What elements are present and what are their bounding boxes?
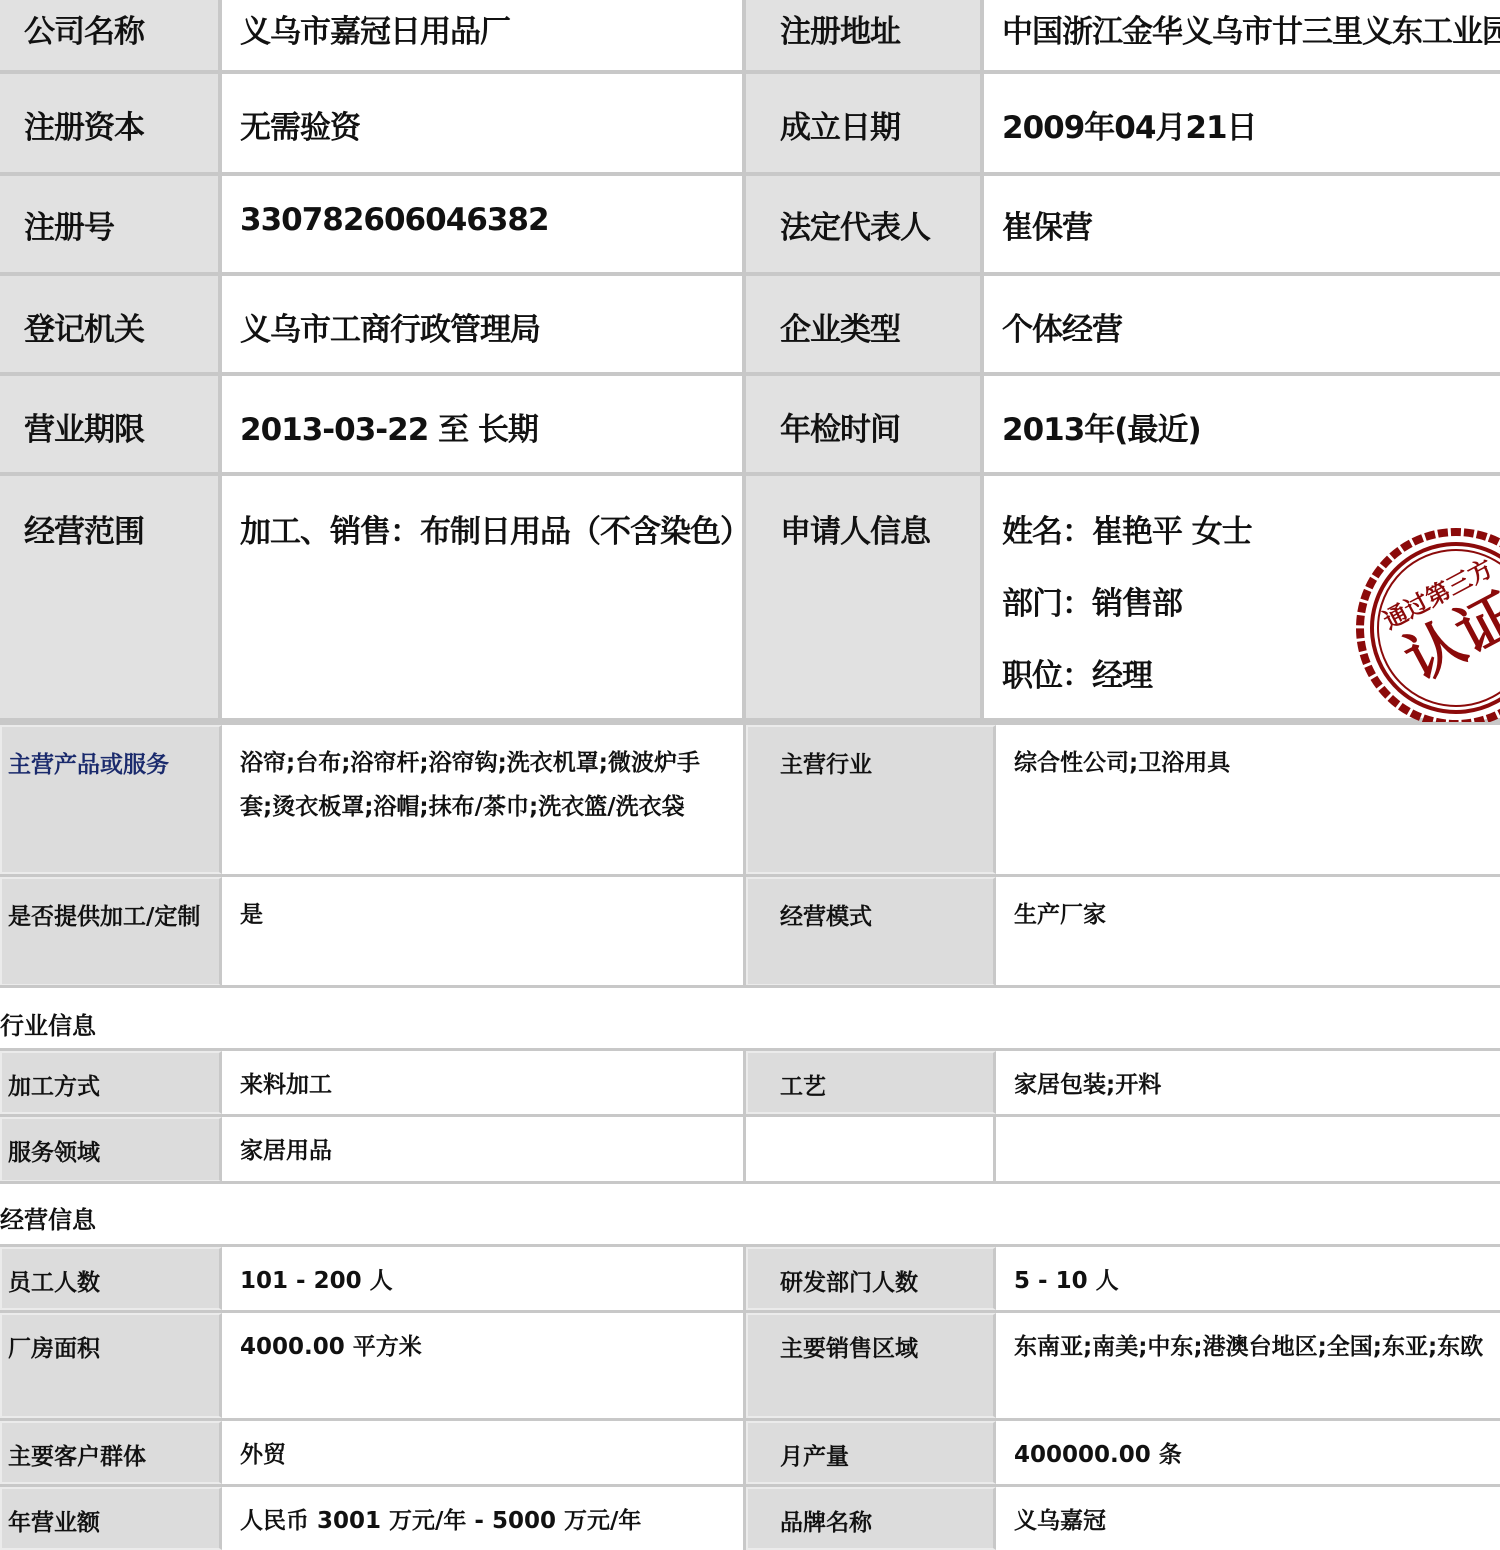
field-value: 外贸 xyxy=(222,1421,746,1484)
field-value: 400000.00 条 xyxy=(996,1421,1500,1484)
field-value: 个体经营 xyxy=(984,276,1500,372)
field-label: 加工方式 xyxy=(0,1051,222,1114)
field-label: 法定代表人 xyxy=(746,176,984,272)
rd-staff-label: 研发部门人数 xyxy=(780,1261,979,1305)
table-row: 经营范围 加工、销售：布制日用品（不含染色） 申请人信息 姓名：崔艳平 女士 部… xyxy=(0,476,1500,722)
field-value: 浴帘;台布;浴帘杆;浴帘钩;洗衣机罩;微波炉手套;烫衣板罩;浴帽;抹布/茶巾;洗… xyxy=(222,725,746,874)
sales-region-value: 东南亚;南美;中东;港澳台地区;全国;东亚;东欧 xyxy=(1014,1325,1486,1369)
empty-cell xyxy=(996,1117,1500,1182)
table-row: 加工方式 来料加工 工艺 家居包装;开料 xyxy=(0,1048,1500,1114)
field-label: 年营业额 xyxy=(0,1487,222,1550)
field-label: 公司名称 xyxy=(0,0,222,70)
main-industry-label: 主营行业 xyxy=(780,743,979,787)
field-value: 义乌市工商行政管理局 xyxy=(222,276,746,372)
founded-date-value: 2009年04月21日 xyxy=(1002,102,1257,147)
field-value: 2013年(最近) xyxy=(984,376,1500,472)
field-label: 注册资本 xyxy=(0,74,222,172)
company-type-label: 企业类型 xyxy=(780,304,900,349)
field-label: 登记机关 xyxy=(0,276,222,372)
field-label: 服务领域 xyxy=(0,1117,222,1182)
field-value: 家居用品 xyxy=(222,1117,746,1182)
annual-revenue-value: 人民币 3001 万元/年 - 5000 万元/年 xyxy=(240,1499,729,1543)
table-row: 厂房面积 4000.00 平方米 主要销售区域 东南亚;南美;中东;港澳台地区;… xyxy=(0,1310,1500,1418)
main-products-value: 浴帘;台布;浴帘杆;浴帘钩;洗衣机罩;微波炉手套;烫衣板罩;浴帽;抹布/茶巾;洗… xyxy=(240,741,729,829)
field-label: 主营行业 xyxy=(746,725,996,874)
reg-number-value: 330782606046382 xyxy=(240,202,549,238)
reg-capital-value: 无需验资 xyxy=(240,102,360,147)
table-row: 公司名称 义乌市嘉冠日用品厂 注册地址 中国浙江金华义乌市廿三里义东工业园区 xyxy=(0,0,1500,74)
processing-method-label: 加工方式 xyxy=(8,1065,205,1109)
field-value: 2013-03-22 至 长期 xyxy=(222,376,746,472)
field-value: 101 - 200 人 xyxy=(222,1247,746,1310)
business-term-value: 2013-03-22 至 长期 xyxy=(240,404,538,449)
section-title-business: 经营信息 xyxy=(0,1200,96,1235)
processing-method-value: 来料加工 xyxy=(240,1063,729,1107)
field-value: 人民币 3001 万元/年 - 5000 万元/年 xyxy=(222,1487,746,1550)
field-value: 无需验资 xyxy=(222,74,746,172)
field-label: 企业类型 xyxy=(746,276,984,372)
annual-check-value: 2013年(最近) xyxy=(1002,404,1201,449)
reg-number-label: 注册号 xyxy=(24,202,114,247)
table-row: 主要客户群体 外贸 月产量 400000.00 条 xyxy=(0,1418,1500,1484)
field-label: 月产量 xyxy=(746,1421,996,1484)
factory-area-value: 4000.00 平方米 xyxy=(240,1325,729,1369)
field-label: 主要销售区域 xyxy=(746,1313,996,1418)
legal-rep-value: 崔保营 xyxy=(1002,202,1092,247)
legal-rep-label: 法定代表人 xyxy=(780,202,930,247)
field-value: 生产厂家 xyxy=(996,877,1500,986)
reg-authority-label: 登记机关 xyxy=(24,304,144,349)
customer-group-label: 主要客户群体 xyxy=(8,1435,205,1479)
custom-processing-label: 是否提供加工/定制 xyxy=(8,895,205,939)
field-label: 经营范围 xyxy=(0,476,222,718)
basic-info-table: 公司名称 义乌市嘉冠日用品厂 注册地址 中国浙江金华义乌市廿三里义东工业园区 注… xyxy=(0,0,1500,722)
employee-count-label: 员工人数 xyxy=(8,1261,205,1305)
field-label: 营业期限 xyxy=(0,376,222,472)
field-label: 主要客户群体 xyxy=(0,1421,222,1484)
company-type-value: 个体经营 xyxy=(1002,304,1122,349)
monthly-output-value: 400000.00 条 xyxy=(1014,1433,1486,1477)
applicant-info-label: 申请人信息 xyxy=(780,506,930,551)
field-label: 厂房面积 xyxy=(0,1313,222,1418)
company-name-value: 义乌市嘉冠日用品厂 xyxy=(240,6,510,51)
field-label: 年检时间 xyxy=(746,376,984,472)
field-value: 家居包装;开料 xyxy=(996,1051,1500,1114)
field-label: 品牌名称 xyxy=(746,1487,996,1550)
sales-region-label: 主要销售区域 xyxy=(780,1327,979,1371)
rd-staff-value: 5 - 10 人 xyxy=(1014,1259,1486,1303)
table-row: 年营业额 人民币 3001 万元/年 - 5000 万元/年 品牌名称 义乌嘉冠 xyxy=(0,1484,1500,1550)
table-row: 登记机关 义乌市工商行政管理局 企业类型 个体经营 xyxy=(0,276,1500,376)
main-industry-value: 综合性公司;卫浴用具 xyxy=(1014,741,1486,785)
field-value: 综合性公司;卫浴用具 xyxy=(996,725,1500,874)
table-row: 主营产品或服务 浴帘;台布;浴帘杆;浴帘钩;洗衣机罩;微波炉手套;烫衣板罩;浴帽… xyxy=(0,722,1500,874)
table-row: 注册号 330782606046382 法定代表人 崔保营 xyxy=(0,176,1500,276)
field-label: 注册号 xyxy=(0,176,222,272)
field-label: 注册地址 xyxy=(746,0,984,70)
craft-value: 家居包装;开料 xyxy=(1014,1063,1486,1107)
divider xyxy=(0,985,1500,988)
field-value: 4000.00 平方米 xyxy=(222,1313,746,1418)
reg-authority-value: 义乌市工商行政管理局 xyxy=(240,304,540,349)
monthly-output-label: 月产量 xyxy=(780,1435,979,1479)
main-products-label: 主营产品或服务 xyxy=(8,743,205,787)
applicant-department: 部门：销售部 xyxy=(1002,578,1182,623)
brand-name-label: 品牌名称 xyxy=(780,1501,979,1545)
field-label: 经营模式 xyxy=(746,877,996,986)
section-title-industry: 行业信息 xyxy=(0,1006,96,1041)
table-row: 员工人数 101 - 200 人 研发部门人数 5 - 10 人 xyxy=(0,1244,1500,1310)
field-label: 成立日期 xyxy=(746,74,984,172)
field-label: 申请人信息 xyxy=(746,476,984,718)
reg-address-label: 注册地址 xyxy=(780,6,900,51)
applicant-name: 姓名：崔艳平 女士 xyxy=(1002,506,1252,551)
field-value: 是 xyxy=(222,877,746,986)
table-row: 注册资本 无需验资 成立日期 2009年04月21日 xyxy=(0,74,1500,176)
annual-check-label: 年检时间 xyxy=(780,404,900,449)
business-scope-label: 经营范围 xyxy=(24,506,144,551)
customer-group-value: 外贸 xyxy=(240,1433,729,1477)
applicant-info-value: 姓名：崔艳平 女士 部门：销售部 职位：经理 xyxy=(984,476,1500,718)
field-value: 义乌嘉冠 xyxy=(996,1487,1500,1550)
reg-address-value: 中国浙江金华义乌市廿三里义东工业园区 xyxy=(1002,6,1500,51)
field-label: 工艺 xyxy=(746,1051,996,1114)
business-term-label: 营业期限 xyxy=(24,404,144,449)
field-value: 加工、销售：布制日用品（不含染色） xyxy=(222,476,746,718)
divider xyxy=(0,1181,1500,1184)
service-field-label: 服务领域 xyxy=(8,1131,205,1175)
reg-capital-label: 注册资本 xyxy=(24,102,144,147)
annual-revenue-label: 年营业额 xyxy=(8,1501,205,1545)
field-label: 研发部门人数 xyxy=(746,1247,996,1310)
field-value: 义乌市嘉冠日用品厂 xyxy=(222,0,746,70)
business-model-label: 经营模式 xyxy=(780,895,979,939)
field-value: 东南亚;南美;中东;港澳台地区;全国;东亚;东欧 xyxy=(996,1313,1500,1418)
table-row: 是否提供加工/定制 是 经营模式 生产厂家 xyxy=(0,874,1500,986)
field-label: 主营产品或服务 xyxy=(0,725,222,874)
founded-date-label: 成立日期 xyxy=(780,102,900,147)
table-row: 服务领域 家居用品 xyxy=(0,1114,1500,1182)
empty-cell xyxy=(746,1117,996,1182)
field-value: 中国浙江金华义乌市廿三里义东工业园区 xyxy=(984,0,1500,70)
field-value: 来料加工 xyxy=(222,1051,746,1114)
brand-name-value: 义乌嘉冠 xyxy=(1014,1499,1486,1543)
table-row: 营业期限 2013-03-22 至 长期 年检时间 2013年(最近) xyxy=(0,376,1500,476)
field-value: 5 - 10 人 xyxy=(996,1247,1500,1310)
field-label: 是否提供加工/定制 xyxy=(0,877,222,986)
business-scope-value: 加工、销售：布制日用品（不含染色） xyxy=(240,506,750,551)
applicant-position: 职位：经理 xyxy=(1002,650,1152,695)
field-label: 员工人数 xyxy=(0,1247,222,1310)
field-value: 330782606046382 xyxy=(222,176,746,272)
field-value: 2009年04月21日 xyxy=(984,74,1500,172)
craft-label: 工艺 xyxy=(780,1065,979,1109)
custom-processing-value: 是 xyxy=(240,893,729,937)
business-model-value: 生产厂家 xyxy=(1014,893,1486,937)
factory-area-label: 厂房面积 xyxy=(8,1327,205,1371)
service-field-value: 家居用品 xyxy=(240,1129,729,1173)
field-value: 崔保营 xyxy=(984,176,1500,272)
company-name-label: 公司名称 xyxy=(24,6,144,51)
employee-count-value: 101 - 200 人 xyxy=(240,1259,729,1303)
